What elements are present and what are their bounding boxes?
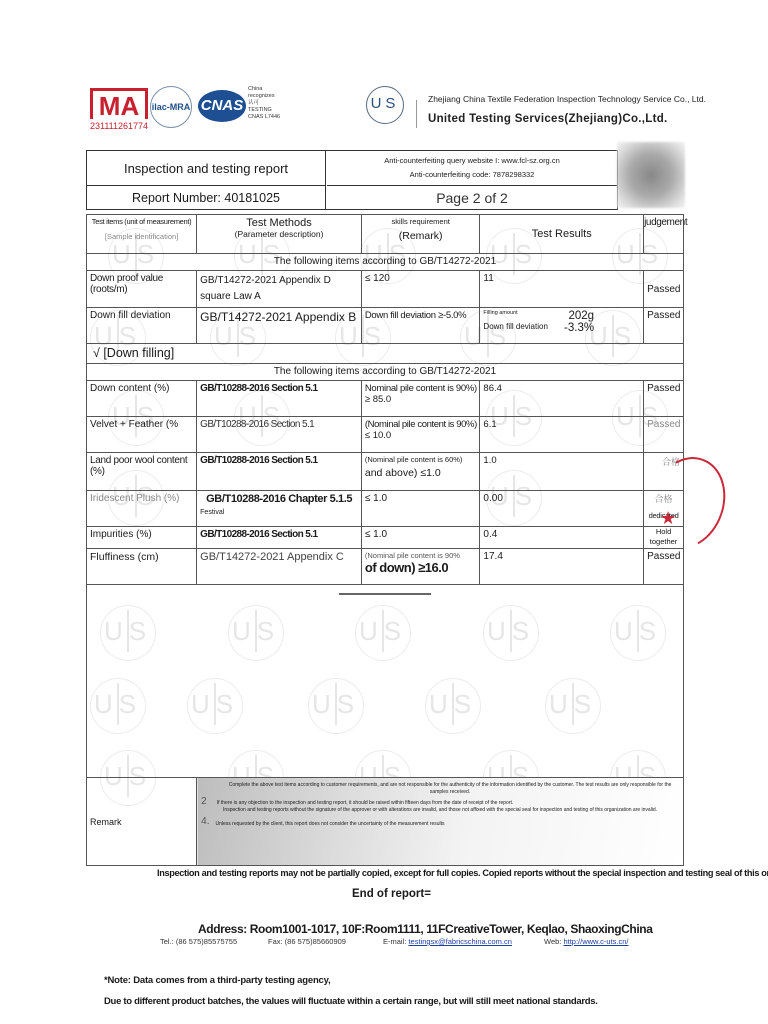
report-info-box: Inspection and testing report Report Num… [86, 150, 618, 210]
blurred-qr-code [617, 142, 685, 208]
results-table: Test items (unit of measurement) [Sample… [86, 214, 684, 866]
category-row: √ [Down filling] [87, 344, 684, 364]
table-row: Down fill deviation GB/T14272-2021 Appen… [87, 308, 684, 344]
company-subtitle: Zhejiang China Textile Federation Inspec… [428, 94, 706, 104]
table-row: Impurities (%) GB/T10288-2016 Section 5.… [87, 527, 684, 549]
end-of-report: End of report= [352, 888, 431, 900]
note-line-1: *Note: Data comes from a third-party tes… [104, 975, 330, 986]
ilac-mra-logo: ilac-MRA [150, 86, 192, 128]
page-indicator: Page 2 of 2 [327, 186, 617, 209]
table-row: Land poor wool content (%) GB/T10288-201… [87, 453, 684, 491]
table-row: Fluffiness (cm) GB/T14272-2021 Appendix … [87, 549, 684, 585]
table-header-row: Test items (unit of measurement) [Sample… [87, 215, 684, 254]
remark-row: Remark Complete the above test items acc… [87, 778, 684, 866]
table-row: Down proof value (roots/m) GB/T14272-202… [87, 271, 684, 308]
cnas-caption: China recognizes 认可 TESTING CNAS L7446 [248, 86, 280, 121]
report-title: Inspection and testing report [87, 151, 326, 186]
header-test-methods: Test Methods (Parameter description) [197, 215, 362, 254]
email: E-mail: testingsx@fabricschina.com.cn [383, 937, 512, 946]
fax: Fax: (86 575)85660909 [268, 937, 346, 946]
website-link[interactable]: http://www.c-uts.cn/ [563, 937, 628, 946]
anti-counterfeit-site: Anti-counterfeiting query website I: www… [327, 156, 617, 165]
table-row: Velvet + Feather (% GB/T10288-2016 Secti… [87, 417, 684, 453]
header-test-results: Test Results [480, 215, 644, 254]
copy-notice: Inspection and testing reports may not b… [157, 868, 768, 878]
table-row: Iridescent Plush (%) GB/T10288-2016 Chap… [87, 491, 684, 527]
remark-label: Remark [87, 778, 197, 866]
note-line-2: Due to different product batches, the va… [104, 996, 598, 1007]
header-judgement: judgement [644, 215, 684, 254]
down-fill-results: Filling amount 202g Down fill deviation … [480, 308, 644, 344]
cnas-logo: CNAS [198, 90, 246, 122]
header-test-items: Test items (unit of measurement) [Sample… [87, 215, 197, 254]
anti-counterfeit-info: Anti-counterfeiting query website I: www… [327, 151, 617, 186]
cma-number: 231111261774 [90, 121, 148, 131]
email-link[interactable]: testingsx@fabricschina.com.cn [408, 937, 512, 946]
table-row: Down content (%) GB/T10288-2016 Section … [87, 381, 684, 417]
company-name: United Testing Services(Zhejiang)Co.,Ltd… [428, 113, 668, 125]
remark-content: Complete the above test items according … [197, 778, 684, 866]
end-of-table-line [339, 593, 431, 595]
anti-counterfeit-code: Anti-counterfeiting code: 7878298332 [327, 170, 617, 179]
website: Web: http://www.c-uts.cn/ [544, 937, 629, 946]
company-address: Address: Room1001-1017, 10F:Room1111, 11… [198, 922, 653, 936]
header-requirement: skills requirement (Remark) [361, 215, 480, 254]
uts-logo: US [366, 86, 404, 124]
section-label-row: The following items according to GB/T142… [87, 364, 684, 381]
header-divider [416, 100, 417, 128]
blank-area-row [87, 585, 684, 778]
cma-logo: MA 231111261774 [90, 88, 148, 131]
tel: Tel.: (86 575)85575755 [160, 937, 237, 946]
seal-star-icon: ★ [660, 508, 676, 529]
section-label-row: The following items according to GB/T142… [87, 254, 684, 271]
report-number: Report Number: 40181025 [87, 186, 326, 209]
